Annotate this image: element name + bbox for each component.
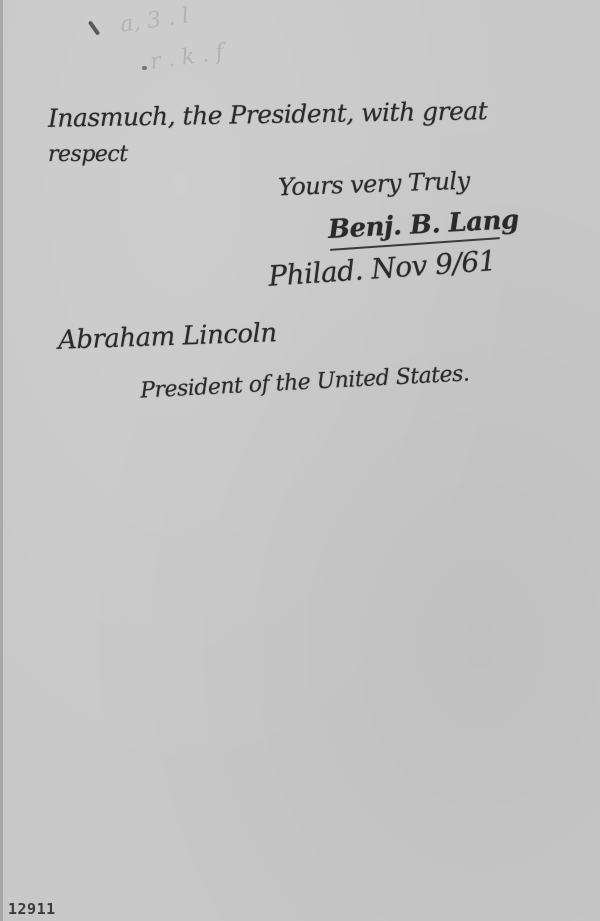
letter-page: a, 3 . l r . k . f Inasmuch, the Preside…	[0, 0, 600, 921]
page-edge	[0, 0, 3, 921]
addressee-title: President of the United States.	[140, 361, 470, 403]
bleed-through-text: a, 3 . l	[119, 3, 191, 37]
catalog-number: 12911	[8, 900, 56, 918]
bleed-through-text: r . k . f	[149, 40, 226, 75]
ink-mark	[88, 20, 100, 35]
complimentary-closing: Yours very Truly	[278, 167, 471, 202]
addressee-name: Abraham Lincoln	[58, 318, 278, 356]
body-line-1: Inasmuch, the President, with great	[48, 96, 488, 133]
ink-mark	[142, 66, 147, 70]
body-line-2: respect	[48, 142, 128, 167]
place-and-date: Philad. Nov 9/61	[267, 244, 497, 293]
